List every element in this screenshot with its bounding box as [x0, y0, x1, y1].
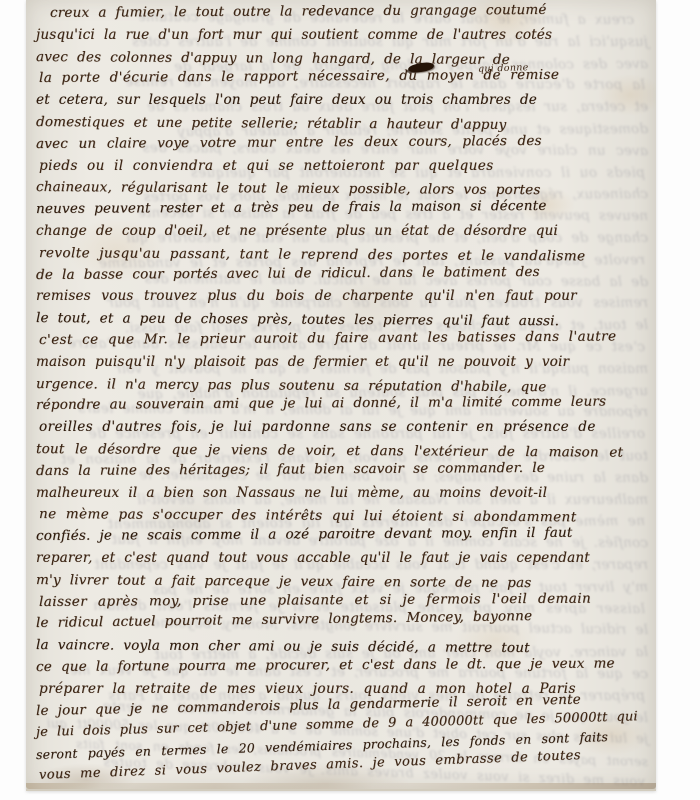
manuscript-line: neuves peuvent rester et a très peu de f… — [36, 195, 654, 221]
manuscript-text: creux a fumier, le tout outre la redevan… — [36, 3, 654, 789]
manuscript-line: dans la ruine des héritages; il faut bie… — [36, 457, 654, 483]
manuscript-line: avec un claire voye votre mur entre les … — [36, 130, 654, 156]
manuscript-line: malheureux il a bien son Nassaus ne lui … — [36, 483, 654, 505]
manuscript-line: c'est ce que Mr. le prieur auroit du fai… — [36, 326, 654, 352]
manuscript-line: remises vous trouvez plus du bois de cha… — [36, 286, 654, 308]
manuscript-line: reparer, et c'est quand tout vous accabl… — [36, 548, 654, 570]
manuscript-line: confiés. je ne scais comme il a ozé paro… — [36, 522, 654, 548]
manuscript-line: répondre au souverain ami que je lui ai … — [36, 392, 654, 418]
letter-page: creux a fumier, le tout outre la redevan… — [26, 0, 656, 791]
manuscript-line: jusqu'ici la rue d'un fort mur qui souti… — [36, 25, 654, 47]
manuscript-line: maison puisqu'il n'y plaisoit pas de fer… — [36, 352, 654, 374]
manuscript-line: pieds ou il conviendra et qui se nettoie… — [36, 156, 654, 178]
paper-torn-edge — [26, 783, 656, 789]
manuscript-line: ce que la fortune pourra me procurer, et… — [36, 653, 654, 679]
interline-note: qui donne — [478, 62, 529, 75]
manuscript-line: creux a fumier, le tout outre la redevan… — [36, 0, 654, 25]
manuscript-line: et cetera, sur lesquels l'on peut faire … — [36, 90, 654, 112]
manuscript-line: change de coup d'oeil, et ne présente pl… — [36, 221, 654, 243]
manuscript-line: la porte d'écurie dans le rapport nécess… — [36, 65, 654, 91]
scan-background: creux a fumier, le tout outre la redevan… — [0, 0, 700, 800]
manuscript-line: de la basse cour portés avec lui de ridi… — [36, 261, 654, 287]
manuscript-line: oreilles d'autres fois, je lui pardonne … — [36, 417, 654, 439]
